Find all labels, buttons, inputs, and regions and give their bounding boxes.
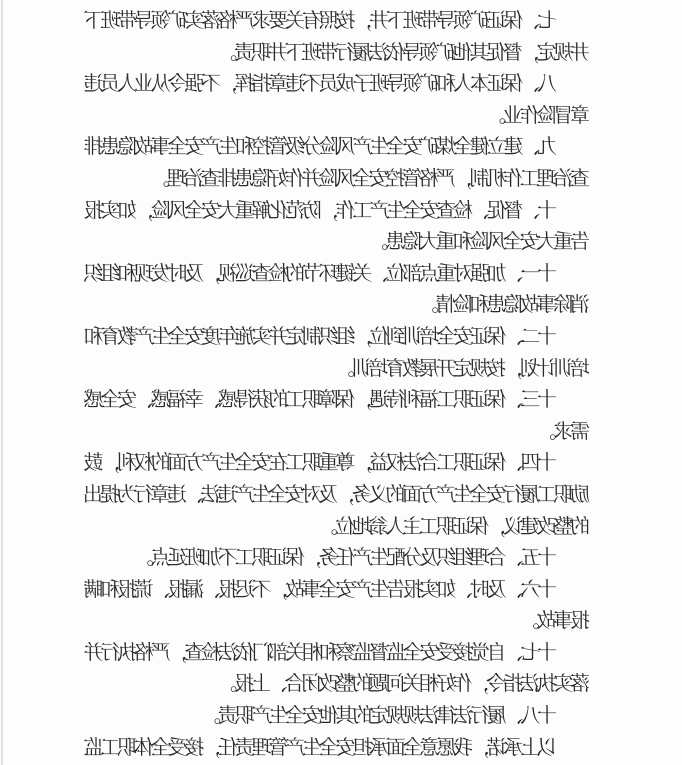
text-line: 报事故。 — [84, 606, 590, 638]
text-line: 励职工履行安全生产方面的义务，及对安全生产违法、违章行为提出 — [84, 480, 590, 512]
text-line: 查治理工作机制，严格管控安全风险并作好隐患排查治理。 — [84, 164, 590, 196]
text-line: 八、保证本人和矿领导班子成员不违章指挥，不强令从业人员违 — [84, 69, 590, 101]
text-line: 章冒险作业。 — [84, 101, 590, 133]
text-line: 需求。 — [84, 417, 590, 449]
scanned-document-page: 七、保证矿领导带班下井，按照有关要求严格落实矿领导带班下 井规定，督促其他矿领导… — [0, 0, 682, 765]
text-line: 十、督促、检查安全生产工作，防范化解重大安全风险，如实报 — [84, 196, 590, 228]
text-line: 落实执法指令，作好相关问题的整改闭合、上报。 — [84, 669, 590, 701]
text-line: 十七、自觉接受安全监督监察和相关部门依法检查，严格执行并 — [84, 638, 590, 670]
mirrored-content: 七、保证矿领导带班下井，按照有关要求严格落实矿领导带班下 井规定，督促其他矿领导… — [0, 0, 682, 765]
text-line: 十五、合理组织及分配生产任务，保证职工不加班延点。 — [84, 543, 590, 575]
text-line: 以上承诺，我愿意全面承担安全生产管理责任，接受全体职工监 — [84, 733, 590, 765]
text-line: 培训计划，按规定开展教育培训。 — [84, 354, 590, 386]
text-line: 十三、保证职工福利待遇，保障职工的获得感、幸福感、安全感 — [84, 385, 590, 417]
text-line: 消除事故隐患和险情。 — [84, 290, 590, 322]
text-line: 十六、及时、如实报告生产安全事故，不迟报、漏报、谎报和瞒 — [84, 575, 590, 607]
text-line: 七、保证矿领导带班下井，按照有关要求严格落实矿领导带班下 — [84, 6, 590, 38]
text-line: 的整改建议，保证职工主人翁地位。 — [84, 512, 590, 544]
text-line: 告重大安全风险和重大隐患。 — [84, 227, 590, 259]
document-text: 七、保证矿领导带班下井，按照有关要求严格落实矿领导带班下 井规定，督促其他矿领导… — [84, 6, 590, 764]
text-line: 九、建立健全煤矿安全生产风险分级管控和生产安全事故隐患排 — [84, 132, 590, 164]
text-line: 十四、保证职工合法权益，尊重职工在安全生产方面的权利，鼓 — [84, 448, 590, 480]
text-line: 十八、履行法律法规规定的其他安全生产职责。 — [84, 701, 590, 733]
text-line: 十一、加强对重点部位、关键环节的检查巡视，及时发现和组织 — [84, 259, 590, 291]
text-line: 十二、保证安全培训到位，组织制定并实施年度安全生产教育和 — [84, 322, 590, 354]
text-line: 井规定，督促其他矿领导依法履行带班下井职责。 — [84, 38, 590, 70]
